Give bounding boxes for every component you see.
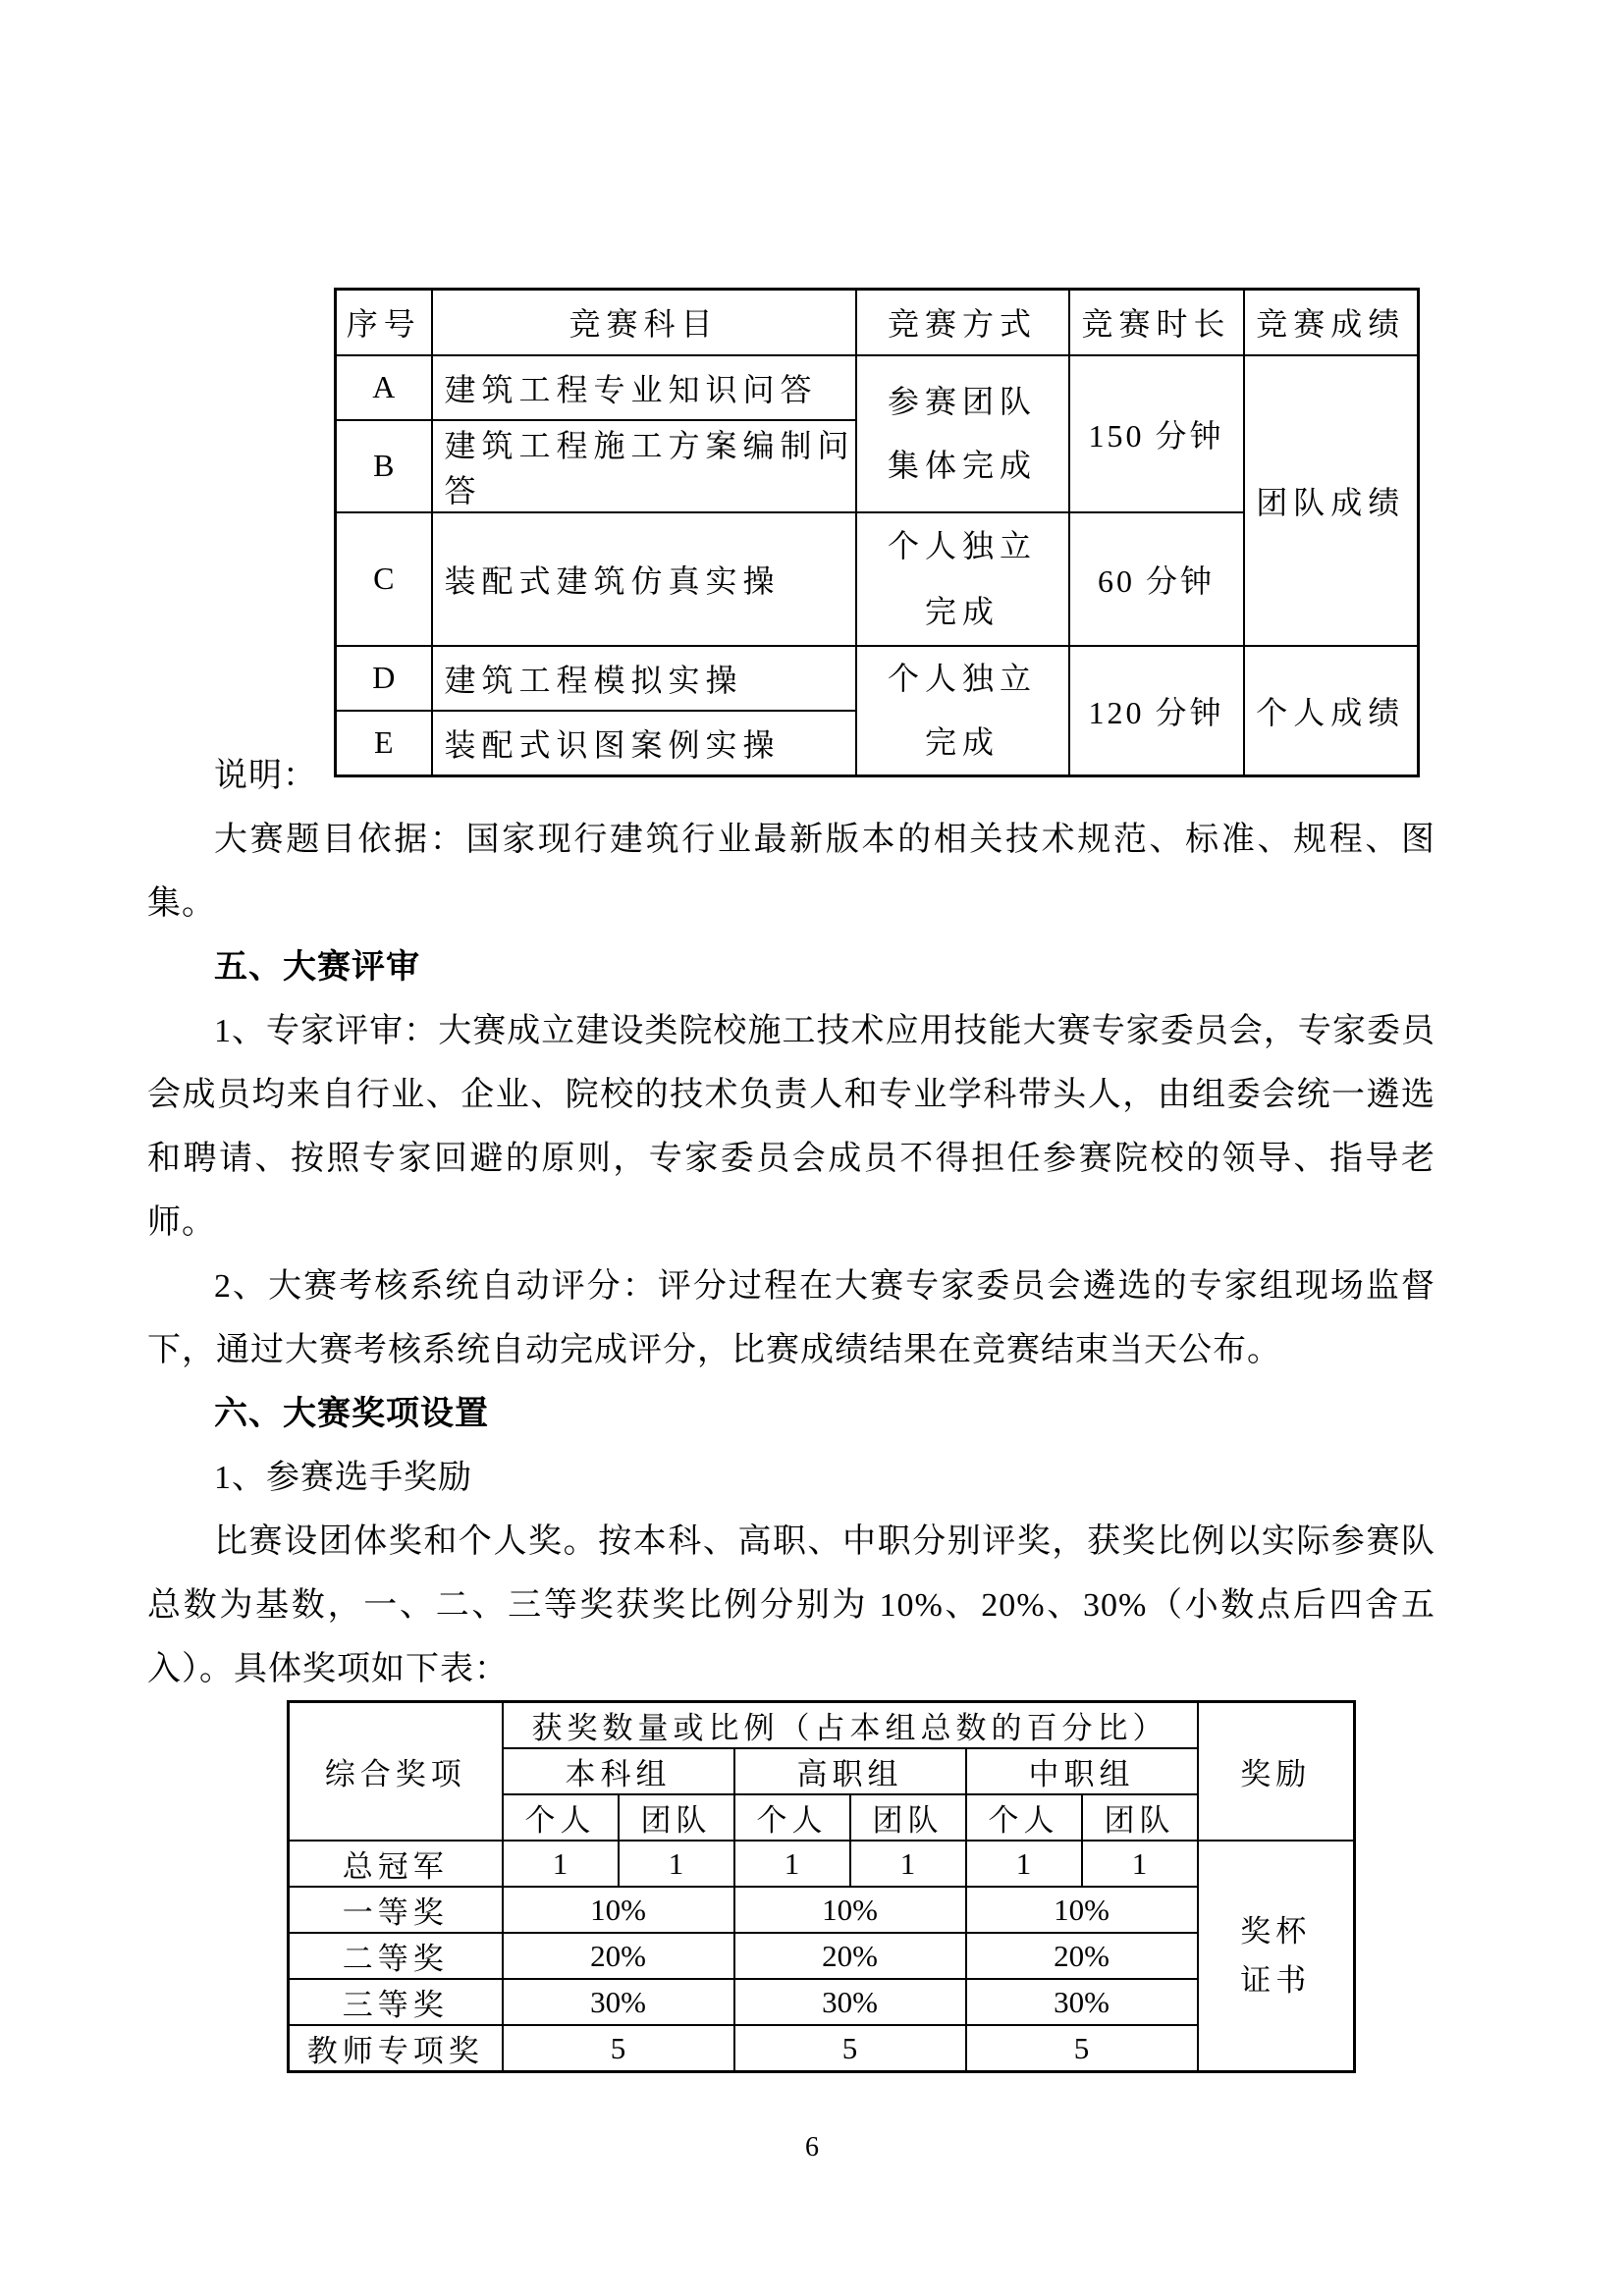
award-value: 30%: [503, 1979, 734, 2025]
award-value: 1: [619, 1841, 734, 1887]
subject-cell: 建筑工程模拟实操: [432, 646, 856, 712]
award-value: 5: [734, 2025, 966, 2072]
award-row-first: 一等奖 10% 10% 10%: [289, 1887, 1355, 1933]
schedule-header-row: 序号 竞赛科目 竞赛方式 竞赛时长 竞赛成绩: [336, 290, 1419, 355]
subject-cell: 装配式建筑仿真实操: [432, 512, 856, 646]
group-header-zhongzhi: 中职组: [966, 1748, 1198, 1794]
row-id-cell: D: [336, 646, 432, 712]
mode-cell-ab: 参赛团队 集体完成: [856, 355, 1069, 512]
group-header-gaozhi: 高职组: [734, 1748, 966, 1794]
award-row-label: 教师专项奖: [289, 2025, 503, 2072]
award-value: 20%: [503, 1933, 734, 1979]
award-row-second: 二等奖 20% 20% 20%: [289, 1933, 1355, 1979]
schedule-table: 序号 竞赛科目 竞赛方式 竞赛时长 竞赛成绩 A 建筑工程专业知识问答 参赛团队…: [334, 288, 1420, 777]
award-value: 20%: [734, 1933, 966, 1979]
award-value: 1: [850, 1841, 966, 1887]
mode-line: 个人独立: [857, 647, 1068, 711]
score-cell-abc: 团队成绩: [1244, 355, 1419, 646]
section-5-heading: 五、大赛评审: [147, 935, 1435, 999]
mode-cell-c: 个人独立 完成: [856, 512, 1069, 646]
award-row-champion: 总冠军 1 1 1 1 1 1 奖杯 证书: [289, 1841, 1355, 1887]
award-value: 10%: [966, 1887, 1198, 1933]
mode-line: 参赛团队: [857, 370, 1068, 434]
para-expert-review: 1、专家评审：大赛成立建设类院校施工技术应用技能大赛专家委员会，专家委员会成员均…: [147, 999, 1435, 1255]
section-6-heading: 六、大赛奖项设置: [147, 1382, 1435, 1446]
award-row-label: 总冠军: [289, 1841, 503, 1887]
award-value: 1: [966, 1841, 1082, 1887]
reward-line: 证书: [1199, 1956, 1354, 2005]
para-auto-scoring: 2、大赛考核系统自动评分：评分过程在大赛专家委员会遴选的专家组现场监督下，通过大…: [147, 1255, 1435, 1382]
award-value: 30%: [734, 1979, 966, 2025]
note-basis: 大赛题目依据：国家现行建筑行业最新版本的相关技术规范、标准、规程、图集。: [147, 808, 1435, 935]
header-subject: 竞赛科目: [432, 290, 856, 355]
mode-line: 个人独立: [857, 513, 1068, 579]
para-award-intro: 1、参赛选手奖励: [147, 1446, 1435, 1510]
note-label: 说明：: [147, 744, 1435, 808]
award-row-label: 二等奖: [289, 1933, 503, 1979]
mode-line: 集体完成: [857, 434, 1068, 498]
award-value: 1: [1082, 1841, 1198, 1887]
header-score: 竞赛成绩: [1244, 290, 1419, 355]
body-text: 说明： 大赛题目依据：国家现行建筑行业最新版本的相关技术规范、标准、规程、图集。…: [147, 744, 1435, 1701]
sub-header: 团队: [850, 1794, 966, 1841]
para-award-ratio: 比赛设团体奖和个人奖。按本科、高职、中职分别评奖，获奖比例以实际参赛队总数为基数…: [147, 1510, 1435, 1701]
sub-header: 个人: [734, 1794, 850, 1841]
duration-cell-c: 60 分钟: [1069, 512, 1244, 646]
award-row-teacher: 教师专项奖 5 5 5: [289, 2025, 1355, 2072]
sub-header: 个人: [503, 1794, 619, 1841]
header-seq: 序号: [336, 290, 432, 355]
header-duration: 竞赛时长: [1069, 290, 1244, 355]
award-value: 10%: [503, 1887, 734, 1933]
page-number: 6: [0, 2132, 1624, 2163]
subject-cell: 建筑工程施工方案编制问答: [432, 420, 856, 512]
award-value: 5: [966, 2025, 1198, 2072]
row-id-cell: A: [336, 355, 432, 420]
mode-line: 完成: [857, 579, 1068, 645]
award-span-header: 获奖数量或比例（占本组总数的百分比）: [503, 1702, 1198, 1749]
award-value: 10%: [734, 1887, 966, 1933]
award-row-third: 三等奖 30% 30% 30%: [289, 1979, 1355, 2025]
award-value: 20%: [966, 1933, 1198, 1979]
award-label-col-header: 综合奖项: [289, 1702, 503, 1842]
header-mode: 竞赛方式: [856, 290, 1069, 355]
reward-cell: 奖杯 证书: [1198, 1841, 1355, 2072]
award-row-label: 一等奖: [289, 1887, 503, 1933]
group-header-benke: 本科组: [503, 1748, 734, 1794]
sub-header: 团队: [619, 1794, 734, 1841]
award-header-row-1: 综合奖项 获奖数量或比例（占本组总数的百分比） 奖励: [289, 1702, 1355, 1749]
document-page: 序号 竞赛科目 竞赛方式 竞赛时长 竞赛成绩 A 建筑工程专业知识问答 参赛团队…: [0, 0, 1624, 2296]
row-id-cell: B: [336, 420, 432, 512]
schedule-row-a: A 建筑工程专业知识问答 参赛团队 集体完成 150 分钟 团队成绩: [336, 355, 1419, 420]
award-value: 30%: [966, 1979, 1198, 2025]
award-table: 综合奖项 获奖数量或比例（占本组总数的百分比） 奖励 本科组 高职组 中职组 个…: [287, 1700, 1356, 2073]
reward-line: 奖杯: [1199, 1907, 1354, 1956]
award-value: 1: [734, 1841, 850, 1887]
sub-header: 团队: [1082, 1794, 1198, 1841]
schedule-row-d: D 建筑工程模拟实操 个人独立 完成 120 分钟 个人成绩: [336, 646, 1419, 712]
award-value: 1: [503, 1841, 619, 1887]
reward-col-header: 奖励: [1198, 1702, 1355, 1842]
award-row-label: 三等奖: [289, 1979, 503, 2025]
subject-cell: 建筑工程专业知识问答: [432, 355, 856, 420]
duration-cell-ab: 150 分钟: [1069, 355, 1244, 512]
sub-header: 个人: [966, 1794, 1082, 1841]
award-value: 5: [503, 2025, 734, 2072]
row-id-cell: C: [336, 512, 432, 646]
